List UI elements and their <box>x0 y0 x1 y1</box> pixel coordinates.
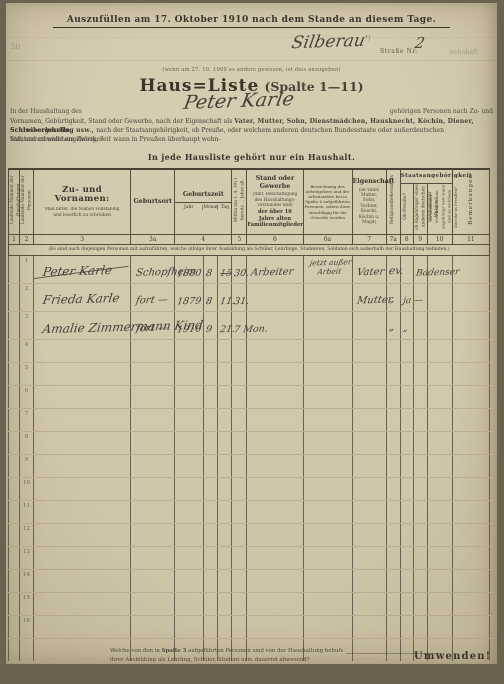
handwritten-entry: Badenser <box>415 268 460 278</box>
handwritten-entry: Frieda Karle <box>42 292 121 306</box>
handwritten-entry: Arbeiter <box>251 267 295 278</box>
cell-relation <box>352 615 386 638</box>
cell-religion: „ <box>386 283 400 311</box>
cell-occupation <box>247 615 303 638</box>
cell-religion <box>386 477 400 500</box>
cell-num: 4 <box>20 339 34 362</box>
cell-religion <box>386 592 400 615</box>
cell-birthplace <box>131 408 175 431</box>
tick-cell <box>9 638 20 661</box>
cell-month: 8 <box>204 255 218 283</box>
cell-day: 11. <box>218 283 232 311</box>
cell-month: 8 <box>204 283 218 311</box>
footer-question-line-1: Welche von den in Spalte 3 aufgeführten … <box>110 648 442 654</box>
col-header-birthdate: Geburtszeit JahrMonatTag <box>175 169 232 234</box>
cell-name <box>34 454 131 477</box>
cell-employer <box>303 385 352 408</box>
cell-prussian <box>400 569 413 592</box>
table-row: 15 <box>9 592 490 615</box>
cell-religion <box>386 523 400 546</box>
cell-birthplace <box>131 592 175 615</box>
cell-relation <box>352 362 386 385</box>
cell-prussian <box>400 500 413 523</box>
table-row: 10 <box>9 477 490 500</box>
intro-right: gehörigen Personen nach Zu- und <box>390 108 493 115</box>
cell-employer <box>303 283 352 311</box>
cell-day: 15 <box>218 255 232 283</box>
cell-birthplace <box>131 477 175 500</box>
cell-num: 14 <box>20 569 34 592</box>
cell-year <box>175 546 204 569</box>
cell-hh <box>9 592 20 615</box>
cell-age <box>232 362 247 385</box>
cell-num: 7 <box>20 408 34 431</box>
cell-name <box>34 431 131 454</box>
cell-birthplace <box>131 523 175 546</box>
cell-name <box>34 362 131 385</box>
cell-day <box>218 523 232 546</box>
cell-religion <box>386 408 400 431</box>
cell-month <box>204 362 218 385</box>
cell-birthplace <box>131 454 175 477</box>
cell-relation <box>352 385 386 408</box>
cell-other_state <box>413 339 427 362</box>
cell-birthplace: Schopfheim <box>131 255 175 283</box>
table-note-row: (Es sind auch diejenigen Personen mit au… <box>9 244 490 255</box>
table-row: 6 <box>9 385 490 408</box>
col-header-citizenship-group: Staatsangehörigkeit <box>400 169 452 183</box>
cell-name <box>34 615 131 638</box>
cell-day <box>218 477 232 500</box>
cell-foreign <box>427 569 452 592</box>
cell-prussian <box>400 477 413 500</box>
cell-occupation <box>247 546 303 569</box>
cell-age <box>232 454 247 477</box>
cell-month <box>204 523 218 546</box>
cell-employer: jetzt außer Arbeit <box>303 255 352 283</box>
cell-prussian <box>400 385 413 408</box>
cell-foreign <box>427 385 452 408</box>
cell-employer <box>303 431 352 454</box>
cell-hh <box>9 477 20 500</box>
col-header-prussian: Ob Preuße? <box>400 183 413 234</box>
footnote-mark: *) <box>365 35 370 42</box>
handwritten-entry: 8 <box>206 268 213 278</box>
cell-age <box>232 339 247 362</box>
cell-year <box>175 477 204 500</box>
cell-prussian <box>400 523 413 546</box>
cell-num: 13 <box>20 546 34 569</box>
table-row: 1Peter KarleSchopfheim188081530.Arbeiter… <box>9 255 490 283</box>
cell-relation <box>352 408 386 431</box>
column-number: 6a <box>303 234 352 244</box>
cell-month <box>204 477 218 500</box>
cell-age: 30. <box>232 255 247 283</box>
cell-prussian <box>400 454 413 477</box>
cell-occupation <box>247 500 303 523</box>
handwritten-entry: 1880 <box>177 268 203 278</box>
cell-religion <box>386 431 400 454</box>
cell-relation <box>352 431 386 454</box>
cell-occupation <box>247 283 303 311</box>
cell-relation <box>352 500 386 523</box>
cell-religion <box>386 500 400 523</box>
cell-occupation <box>247 454 303 477</box>
handwritten-entry: 15 <box>220 268 234 278</box>
cell-hh <box>9 255 20 283</box>
cell-prussian <box>400 339 413 362</box>
cell-month: 9 <box>204 311 218 339</box>
column-number: 1 <box>9 234 20 244</box>
cell-relation <box>352 477 386 500</box>
cell-foreign <box>427 431 452 454</box>
cell-relation: Vater <box>352 255 386 283</box>
cell-religion <box>386 362 400 385</box>
cell-other_state <box>413 311 427 339</box>
cell-num: 15 <box>20 592 34 615</box>
cell-year <box>175 385 204 408</box>
col-header-person-number: Laufende Nummer der Personen <box>20 169 34 234</box>
table-row: 13 <box>9 546 490 569</box>
cell-year <box>175 615 204 638</box>
handwritten-entry: 1879 <box>177 296 203 306</box>
cell-month <box>204 339 218 362</box>
table-note: (Es sind auch diejenigen Personen mit au… <box>9 244 490 255</box>
table-row: 8 <box>9 431 490 454</box>
column-number: 10 <box>427 234 452 244</box>
cell-prussian <box>400 431 413 454</box>
table-row: 3Amalie Zimmermann Kindfort —1910921.7 M… <box>9 311 490 339</box>
cell-year: 1879 <box>175 283 204 311</box>
cell-remarks <box>452 500 489 523</box>
cell-employer <box>303 615 352 638</box>
cell-employer <box>303 362 352 385</box>
cell-day <box>218 339 232 362</box>
cell-other_state <box>413 500 427 523</box>
cell-day <box>218 454 232 477</box>
cell-year <box>175 592 204 615</box>
cell-remarks <box>452 408 489 431</box>
cell-age: 31. <box>232 283 247 311</box>
handwritten-entry: 9 <box>206 324 213 334</box>
intro-line-4: haft und zu welchem Zwecke? <box>10 136 493 145</box>
cell-num: 8 <box>20 431 34 454</box>
cell-name <box>34 569 131 592</box>
street-number-handwritten: 2 <box>415 34 425 52</box>
cell-employer <box>303 546 352 569</box>
cell-birthplace <box>131 385 175 408</box>
handwritten-entry: Vater <box>356 267 385 278</box>
cell-year: 1880 <box>175 255 204 283</box>
cell-prussian <box>400 546 413 569</box>
cell-birthplace: fort — <box>131 311 175 339</box>
intro-left: In der Haushaltung des <box>10 108 82 115</box>
turn-over-label: Umwenden! <box>414 651 491 662</box>
cell-hh <box>9 283 20 311</box>
handwritten-entry: 30. <box>234 268 251 278</box>
column-number: 3a <box>131 234 175 244</box>
cell-prussian <box>400 615 413 638</box>
cell-month <box>204 408 218 431</box>
col-header-household-number: Laufende Nummer der Haushaltungen <box>9 169 20 234</box>
cell-year <box>175 408 204 431</box>
cell-religion: „ <box>386 311 400 339</box>
cell-relation <box>352 569 386 592</box>
cell-relation <box>352 339 386 362</box>
cell-religion: ev. <box>386 255 400 283</box>
cell-other_state <box>413 454 427 477</box>
cell-name: Amalie Zimmermann Kind <box>34 311 131 339</box>
col-header-religion: Religionsbekenntnis <box>386 169 400 234</box>
cell-religion <box>386 615 400 638</box>
cell-religion <box>386 546 400 569</box>
cell-relation <box>352 311 386 339</box>
cell-other_state <box>413 592 427 615</box>
fill-out-instruction: Auszufüllen am 17. Oktober 1910 nach dem… <box>6 7 497 28</box>
cell-year <box>175 500 204 523</box>
column-number: 6 <box>247 234 303 244</box>
householder-name-handwritten: Peter Karle <box>182 88 296 114</box>
cell-num: 9 <box>20 454 34 477</box>
revision-note: (wenn am 27. 10. 1909 es anders gewesen,… <box>6 67 497 73</box>
cell-birthplace <box>131 546 175 569</box>
cell-hh <box>9 431 20 454</box>
cell-age <box>232 477 247 500</box>
table-row: 2Frieda Karlefort —1879811.31.Mutter„ja … <box>9 283 490 311</box>
tick-cell <box>20 638 34 661</box>
cell-name <box>34 385 131 408</box>
cell-religion <box>386 569 400 592</box>
cell-prussian <box>400 592 413 615</box>
cell-birthplace <box>131 362 175 385</box>
handwritten-entry: „ <box>402 324 408 333</box>
cell-birthplace: fort — <box>131 283 175 311</box>
cell-year <box>175 362 204 385</box>
cell-month <box>204 500 218 523</box>
cell-hh <box>9 569 20 592</box>
cell-foreign <box>427 615 452 638</box>
cell-foreign <box>427 500 452 523</box>
cell-relation <box>352 523 386 546</box>
cell-employer <box>303 311 352 339</box>
cell-hh <box>9 408 20 431</box>
cell-year <box>175 431 204 454</box>
cell-prussian <box>400 362 413 385</box>
handwritten-entry: 8 <box>206 296 213 306</box>
cell-other_state <box>413 569 427 592</box>
cell-remarks <box>452 385 489 408</box>
cell-hh <box>9 615 20 638</box>
cell-religion <box>386 385 400 408</box>
cell-other_state <box>413 546 427 569</box>
handwritten-entry: fort — <box>135 295 168 306</box>
cell-foreign <box>427 546 452 569</box>
cell-prussian <box>400 408 413 431</box>
cell-occupation <box>247 477 303 500</box>
cell-day: 21. <box>218 311 232 339</box>
cell-foreign <box>427 454 452 477</box>
cell-name <box>34 339 131 362</box>
cell-remarks <box>452 569 489 592</box>
cell-remarks <box>452 362 489 385</box>
cell-other_state <box>413 615 427 638</box>
cell-employer <box>303 339 352 362</box>
handwritten-entry: fort — <box>135 323 168 334</box>
cell-age <box>232 408 247 431</box>
table-row: 11 <box>9 500 490 523</box>
cell-employer <box>303 523 352 546</box>
cell-occupation <box>247 523 303 546</box>
cell-hh <box>9 500 20 523</box>
cell-other_state <box>413 523 427 546</box>
cell-employer <box>303 500 352 523</box>
cell-day <box>218 362 232 385</box>
cell-name <box>34 592 131 615</box>
cell-relation <box>352 592 386 615</box>
cell-age <box>232 431 247 454</box>
column-numbers-row: 1233a4566a77a891011 <box>9 234 490 244</box>
cell-foreign <box>427 283 452 311</box>
cell-age <box>232 523 247 546</box>
footer-question-line-2: ihrer Ausbildung als Lehrling, Schüler, … <box>110 657 310 663</box>
column-number: 3 <box>34 234 131 244</box>
handwritten-entry: 31. <box>234 296 251 306</box>
cell-age <box>232 592 247 615</box>
household-rule: In jede Hausliste gehört nur ein Haushal… <box>6 152 497 162</box>
cell-remarks <box>452 339 489 362</box>
col-header-age: Mithin am 1. 4. 1911 bereits … Jahre alt <box>232 169 247 234</box>
cell-remarks <box>452 523 489 546</box>
cell-name <box>34 546 131 569</box>
col-header-occupation: Stand oder Gewerbe (Amt, Beschäftigung d… <box>247 169 303 234</box>
handwritten-entry: Peter Karle <box>42 264 113 278</box>
cell-foreign <box>427 311 452 339</box>
cell-remarks <box>452 311 489 339</box>
cell-birthplace <box>131 569 175 592</box>
cell-employer <box>303 408 352 431</box>
cell-remarks <box>452 546 489 569</box>
cell-num: 16 <box>20 615 34 638</box>
cell-day <box>218 385 232 408</box>
cell-num: 10 <box>20 477 34 500</box>
sheet-number: 50 <box>11 43 20 51</box>
cell-num: 6 <box>20 385 34 408</box>
cell-year <box>175 523 204 546</box>
cell-relation: Mutter <box>352 283 386 311</box>
cell-day <box>218 408 232 431</box>
handwritten-entry: „ <box>388 293 395 304</box>
cell-day <box>218 500 232 523</box>
cell-remarks <box>452 454 489 477</box>
cell-religion <box>386 339 400 362</box>
cell-birthplace <box>131 500 175 523</box>
cell-foreign <box>427 477 452 500</box>
cell-month <box>204 546 218 569</box>
cell-num: 5 <box>20 362 34 385</box>
birthdate-subcolumns: JahrMonatTag <box>175 202 231 212</box>
cell-day <box>218 615 232 638</box>
street-label: Straße Nr. <box>380 48 418 55</box>
column-number: 2 <box>20 234 34 244</box>
place-suffix: wohnhaft <box>449 49 478 56</box>
cell-age <box>232 615 247 638</box>
cell-hh <box>9 454 20 477</box>
cell-other_state <box>413 362 427 385</box>
cell-occupation <box>247 431 303 454</box>
cell-relation <box>352 454 386 477</box>
table-row: 14 <box>9 569 490 592</box>
table-row: 12 <box>9 523 490 546</box>
cell-num: 3 <box>20 311 34 339</box>
place-name-handwritten: Silberau*) <box>292 32 370 52</box>
cell-birthplace <box>131 615 175 638</box>
cell-occupation: Arbeiter <box>247 255 303 283</box>
cell-remarks <box>452 615 489 638</box>
cell-foreign <box>427 523 452 546</box>
cell-foreign <box>427 362 452 385</box>
cell-remarks <box>452 283 489 311</box>
cell-other_state <box>413 385 427 408</box>
cell-age: 7 Mon. <box>232 311 247 339</box>
handwritten-entry: ja — <box>402 296 423 306</box>
cell-hh <box>9 339 20 362</box>
col-header-relation: Eigenschaft (ob Vater, Mutter, Sohn, Toc… <box>352 169 386 234</box>
col-header-other-state: ob Angehöriger eines anderen deutschen B… <box>413 183 427 234</box>
column-number: 9 <box>413 234 427 244</box>
cell-employer <box>303 569 352 592</box>
cell-year <box>175 339 204 362</box>
cell-other_state <box>413 408 427 431</box>
cell-name <box>34 408 131 431</box>
cell-year <box>175 569 204 592</box>
cell-num: 1 <box>20 255 34 283</box>
table-row: 7 <box>9 408 490 431</box>
column-number: 11 <box>452 234 489 244</box>
cell-occupation <box>247 362 303 385</box>
cell-hh <box>9 385 20 408</box>
table-row: 16 <box>9 615 490 638</box>
cell-age <box>232 546 247 569</box>
handwritten-entry: 1910 <box>177 324 203 334</box>
col-header-foreigner: ob Ausländer? Welchem Staate angehörig? … <box>427 183 452 234</box>
cell-month <box>204 615 218 638</box>
cell-age <box>232 569 247 592</box>
column-number: 7a <box>386 234 400 244</box>
cell-foreign <box>427 408 452 431</box>
cell-birthplace <box>131 339 175 362</box>
cell-hh <box>9 546 20 569</box>
cell-religion <box>386 454 400 477</box>
cell-name <box>34 500 131 523</box>
cell-remarks <box>452 431 489 454</box>
handwritten-entry: 7 Mon. <box>234 324 269 334</box>
cell-occupation <box>247 339 303 362</box>
column-number: 8 <box>400 234 413 244</box>
paper-sheet: Auszufüllen am 17. Oktober 1910 nach dem… <box>6 3 497 664</box>
column-number: 4 <box>175 234 232 244</box>
table-row: 5 <box>9 362 490 385</box>
col-header-birthplace: Geburtsort <box>131 169 175 234</box>
cell-month <box>204 431 218 454</box>
table-row: 9 <box>9 454 490 477</box>
cell-hh <box>9 362 20 385</box>
cell-employer <box>303 592 352 615</box>
cell-occupation <box>247 592 303 615</box>
cell-foreign <box>427 592 452 615</box>
cell-month <box>204 454 218 477</box>
cell-hh <box>9 311 20 339</box>
cell-year: 1910 <box>175 311 204 339</box>
